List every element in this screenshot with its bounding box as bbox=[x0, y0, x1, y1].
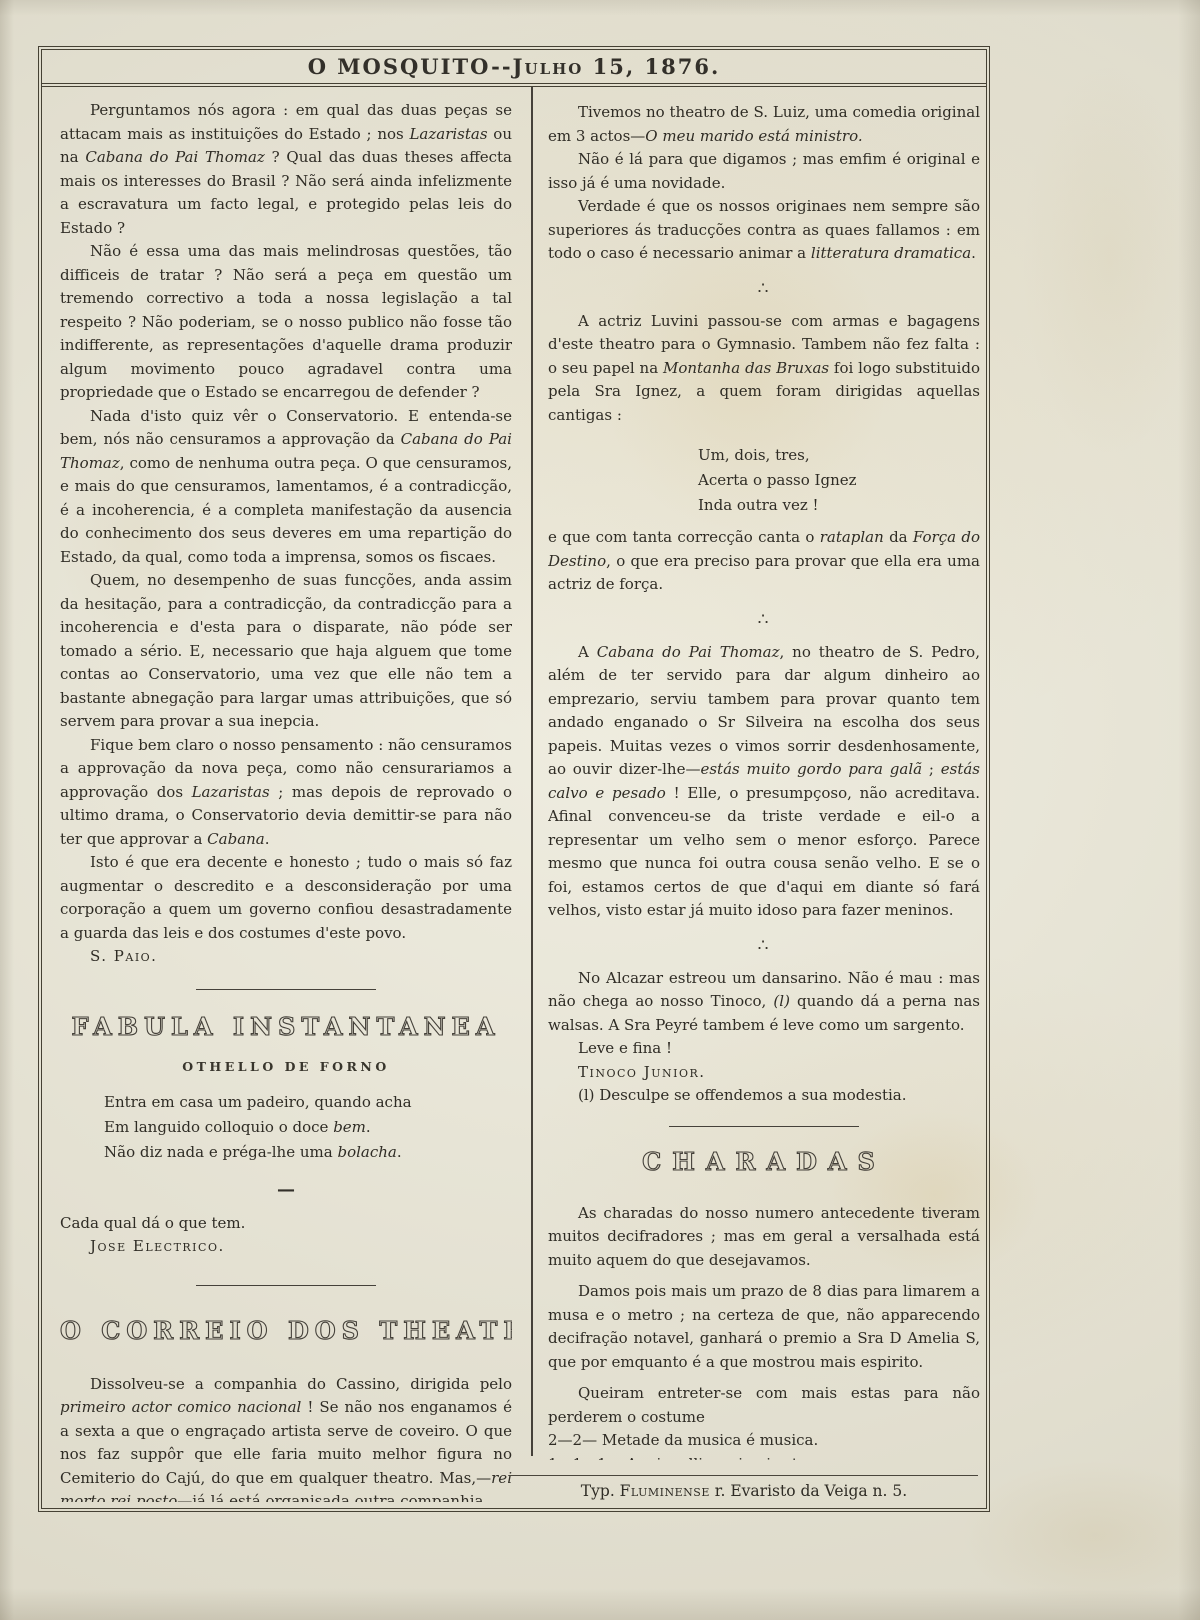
left-column: Perguntamos nós agora : em qual das duas… bbox=[60, 87, 512, 1502]
theatre-paragraph: No Alcazar estreou um dansarino. Não é m… bbox=[548, 967, 980, 1038]
imprint-footer: Typ. Fluminense r. Evaristo da Veiga n. … bbox=[510, 1475, 978, 1500]
verse-line: Não diz nada e préga-lhe uma bolacha. bbox=[104, 1140, 512, 1165]
cantiga-line: Inda outra vez ! bbox=[698, 493, 980, 518]
column-divider-line bbox=[531, 87, 533, 1456]
theatre-paragraph: Não é lá para que digamos ; mas emfim é … bbox=[548, 148, 980, 195]
theatre-paragraph: A actriz Luvini passou-se com armas e ba… bbox=[548, 310, 980, 428]
article-paragraph: Fique bem claro o nosso pensamento : não… bbox=[60, 734, 512, 852]
fabula-signature: Jose Electrico. bbox=[60, 1235, 512, 1259]
correio-paragraph: Dissolveu-se a companhia do Cassino, dir… bbox=[60, 1373, 512, 1503]
article-paragraph: Quem, no desempenho de suas funcções, an… bbox=[60, 569, 512, 734]
article-paragraph: Isto é que era decente e honesto ; tudo … bbox=[60, 851, 512, 945]
footnote-line: (l) Desculpe se offendemos a sua modesti… bbox=[548, 1084, 980, 1108]
cantiga-line: Um, dois, tres, bbox=[698, 443, 980, 468]
charadas-paragraph: Damos pois mais um prazo de 8 dias para … bbox=[548, 1280, 980, 1374]
masthead-band: O MOSQUITO--Julho 15, 1876. bbox=[42, 50, 986, 87]
verse-line: Entra em casa um padeiro, quando acha bbox=[104, 1090, 512, 1115]
section-rule bbox=[669, 1126, 859, 1127]
fabula-heading: FABULA INSTANTANEA bbox=[60, 1012, 512, 1041]
section-separator-dots: ∴ bbox=[548, 610, 980, 630]
charadas-paragraph: Queiram entreter-se com mais estas para … bbox=[548, 1382, 980, 1429]
charadas-heading: CHARADAS bbox=[548, 1147, 980, 1176]
theatre-paragraph: Verdade é que os nossos originaes nem se… bbox=[548, 195, 980, 266]
theatre-paragraph: Leve e fina ! bbox=[548, 1037, 980, 1061]
section-separator-dots: ∴ bbox=[548, 936, 980, 956]
charada-item: 2—2— Metade da musica é musica. bbox=[548, 1429, 980, 1453]
cantiga-verse: Um, dois, tres, Acerta o passo Ignez Ind… bbox=[698, 443, 980, 518]
article-paragraph: Nada d'isto quiz vêr o Conservatorio. E … bbox=[60, 405, 512, 570]
theatre-paragraph: A Cabana do Pai Thomaz, no theatro de S.… bbox=[548, 641, 980, 923]
paper-stain bbox=[1020, 60, 1200, 460]
verse-line: Em languido colloquio o doce bem. bbox=[104, 1115, 512, 1140]
fabula-moral: Cada qual dá o que tem. bbox=[60, 1212, 512, 1236]
masthead-title: O MOSQUITO--Julho 15, 1876. bbox=[308, 54, 721, 79]
fabula-subtitle: OTHELLO DE FORNO bbox=[60, 1059, 512, 1074]
paper-stain bbox=[960, 1460, 1200, 1610]
fabula-verse: Entra em casa um padeiro, quando acha Em… bbox=[104, 1090, 512, 1165]
charada-item: 1—1—1— Aqui e alli a primeira toca. bbox=[548, 1453, 980, 1461]
cantiga-line: Acerta o passo Ignez bbox=[698, 468, 980, 493]
section-rule bbox=[196, 989, 376, 990]
section-separator-dots: ∴ bbox=[548, 279, 980, 299]
imprint-text: Typ. Fluminense r. Evaristo da Veiga n. … bbox=[581, 1482, 907, 1500]
article-paragraph: Perguntamos nós agora : em qual das duas… bbox=[60, 99, 512, 240]
page-frame: O MOSQUITO--Julho 15, 1876. Perguntamos … bbox=[38, 46, 990, 1512]
correio-heading: O CORREIO DOS THEATROS bbox=[60, 1316, 512, 1345]
author-signature: S. Paio. bbox=[60, 945, 512, 969]
verse-divider-dash: — bbox=[60, 1179, 512, 1200]
section-rule bbox=[196, 1285, 376, 1286]
theatre-paragraph: e que com tanta correcção canta o ratapl… bbox=[548, 526, 980, 597]
article-paragraph: Não é essa uma das mais melindrosas ques… bbox=[60, 240, 512, 405]
right-column: Tivemos no theatro de S. Luiz, uma comed… bbox=[548, 87, 980, 1460]
tinoco-signature: Tinoco Junior. bbox=[548, 1061, 980, 1085]
theatre-paragraph: Tivemos no theatro de S. Luiz, uma comed… bbox=[548, 101, 980, 148]
charadas-paragraph: As charadas do nosso numero antecedente … bbox=[548, 1202, 980, 1273]
